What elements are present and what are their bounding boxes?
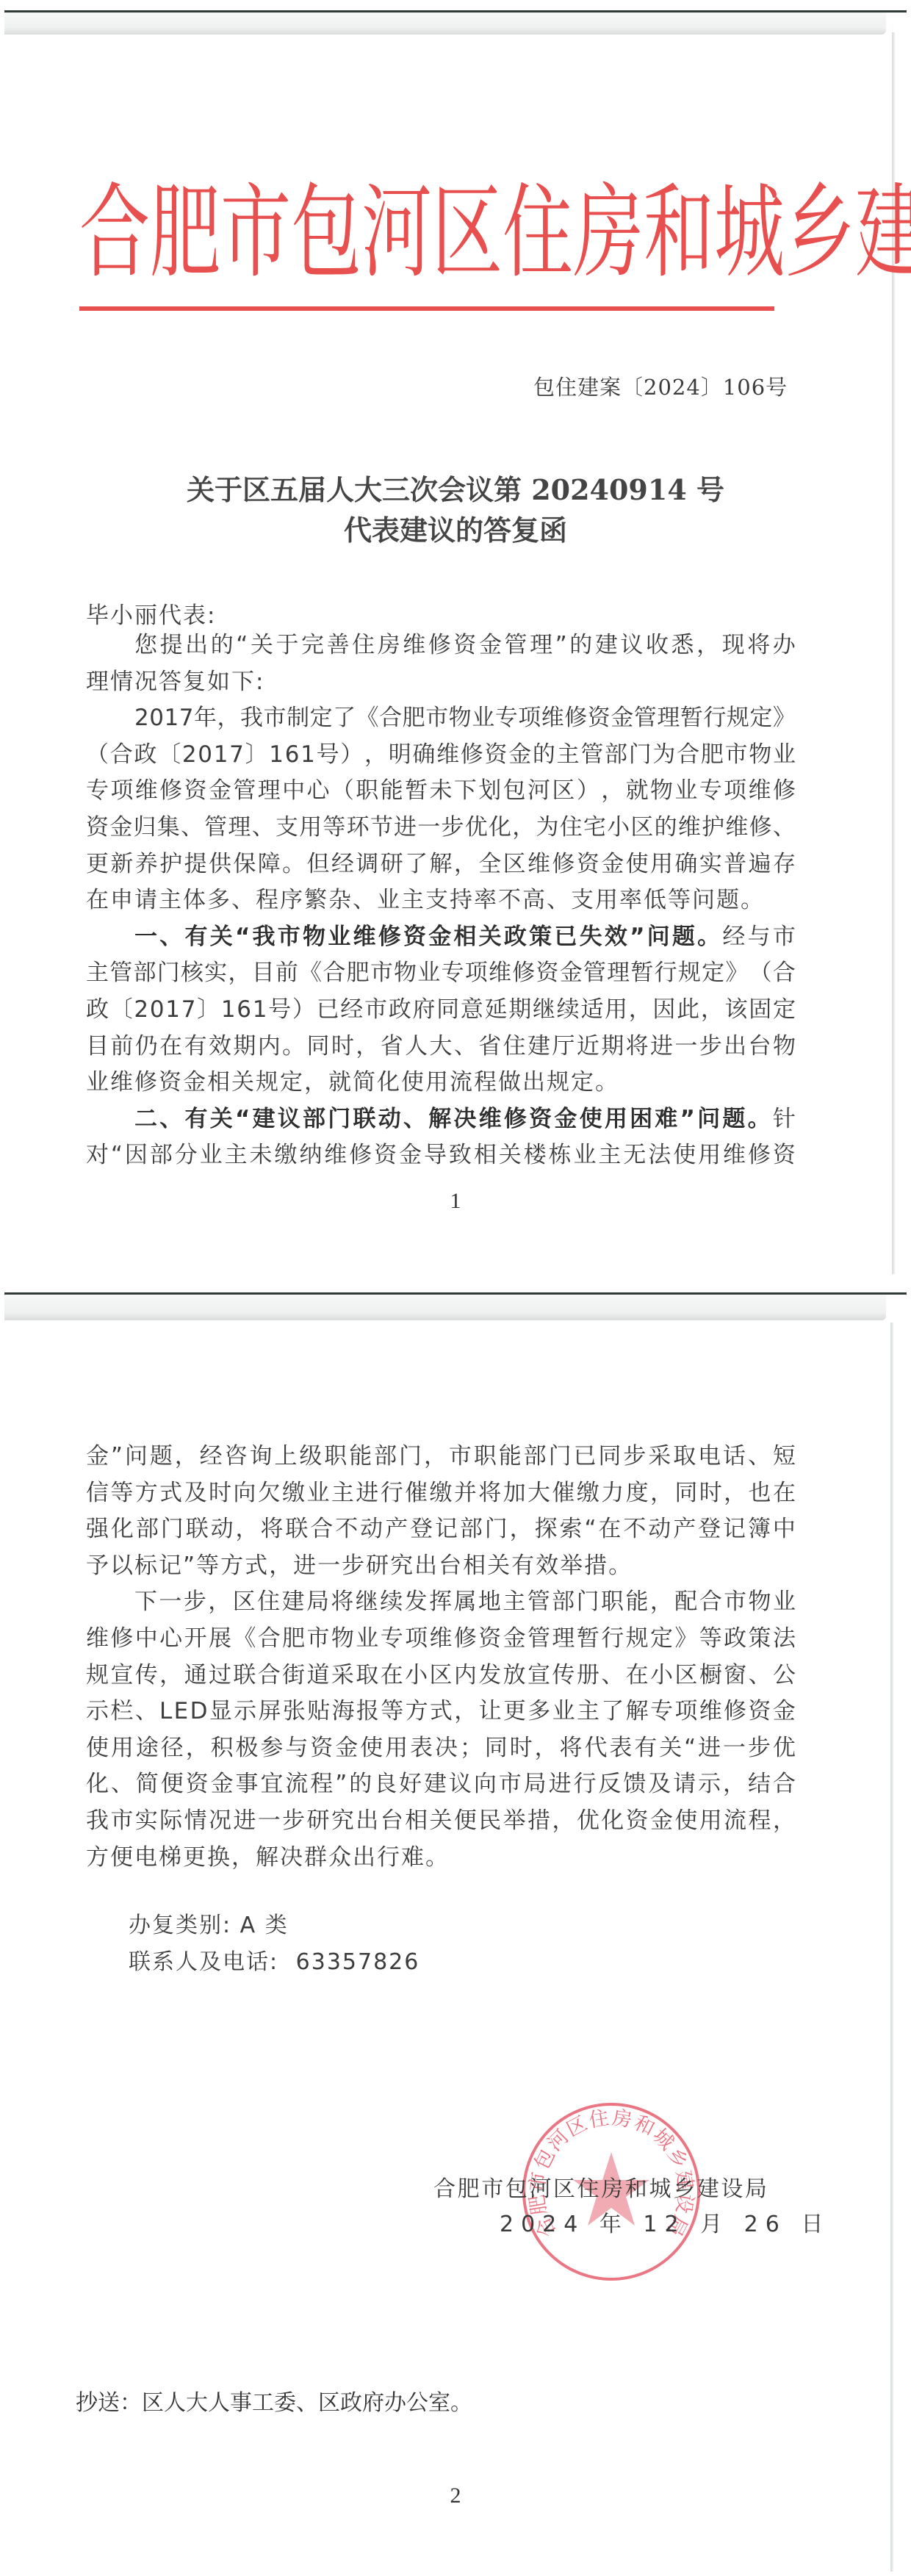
signature-issuer: 合肥市包河区住房和城乡建设局	[433, 2170, 767, 2203]
body-text-line: 强化部门联动，将联合不动产登记部门，探索“在不动产登记簿中	[86, 1514, 796, 1544]
cc-recipients: 抄送：区人大人事工委、区政府办公室。	[76, 2384, 472, 2417]
contact-info: 联系人及电话: 63357826	[129, 1943, 420, 1976]
body-text-line: 予以标记”等方式，进一步研究出台相关有效举措。	[86, 1551, 796, 1580]
contact-phone: 63357826	[296, 1949, 420, 1975]
body-text-line: 使用途径，积极参与资金使用表决；同时，将代表有关“进一步优	[86, 1733, 796, 1763]
body-text-line: 规宣传，通过联合街道采取在小区内发放宣传册、在小区橱窗、公	[86, 1661, 796, 1690]
signature-date: 2024 年 12 月 26 日	[500, 2206, 830, 2238]
body-text-line: 我市实际情况进一步研究出台相关便民举措，优化资金使用流程，	[86, 1806, 796, 1835]
contact-label: 联系人及电话:	[129, 1949, 278, 1975]
body-text-line: 化、简便资金事宜流程”的良好建议向市局进行反馈及请示，结合	[86, 1769, 796, 1799]
reply-category: 办复类别: A 类	[129, 1907, 289, 1939]
signature-char: 肥	[458, 2170, 480, 2203]
signature-char: 区	[553, 2170, 575, 2203]
body-text-line: 维修中心开展《合肥市物业专项维修资金管理暂行规定》等政策法	[86, 1624, 796, 1653]
page-2: 金”问题，经咨询上级职能部门，市职能部门已同步采取电话、短信等方式及时向欠缴业主…	[0, 0, 911, 2576]
body-text-line: 下一步，区住建局将继续发挥属地主管部门职能，配合市物业	[134, 1587, 796, 1616]
signature-char: 乡	[673, 2170, 695, 2203]
signature-char: 河	[529, 2170, 551, 2203]
reply-category-label: 办复类别:	[129, 1913, 231, 1938]
signature-char: 建	[697, 2170, 719, 2203]
body-text-line: 方便电梯更换，解决群众出行难。	[86, 1843, 796, 1872]
signature-char: 合	[433, 2170, 455, 2203]
signature-char: 城	[649, 2170, 671, 2203]
reply-category-value: A 类	[240, 1913, 289, 1938]
signature-char: 和	[625, 2170, 647, 2203]
signature-char: 市	[481, 2170, 503, 2203]
page-number: 2	[0, 2483, 911, 2508]
signature-char: 设	[721, 2170, 743, 2203]
signature-char: 局	[745, 2170, 767, 2203]
body-text-line: 示栏、LED显示屏张贴海报等方式，让更多业主了解专项维修资金	[86, 1697, 796, 1726]
body-text-line: 信等方式及时向欠缴业主进行催缴并将加大催缴力度，同时，也在	[86, 1478, 796, 1508]
body-text-line: 金”问题，经咨询上级职能部门，市职能部门已同步采取电话、短	[86, 1442, 796, 1471]
signature-char: 房	[601, 2170, 623, 2203]
signature-char: 住	[577, 2170, 599, 2203]
signature-char: 包	[505, 2170, 527, 2203]
